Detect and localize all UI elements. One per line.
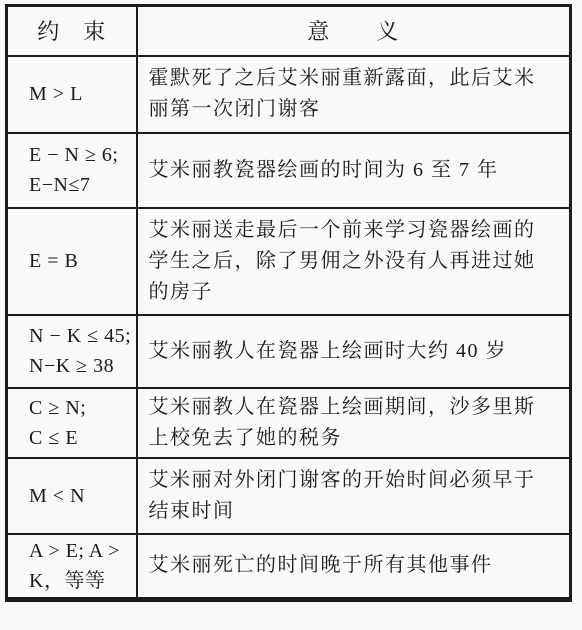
meaning-cell: 艾米丽送走最后一个前来学习瓷器绘画的 学生之后，除了男佣之外没有人再进过她 的房…	[137, 208, 571, 315]
meaning-cell: 艾米丽教人在瓷器上绘画时大约 40 岁	[137, 315, 571, 388]
constraint-cell: A > E; A > K，等等	[7, 534, 137, 600]
table-row: E − N ≥ 6; E−N≤7 艾米丽教瓷器绘画的时间为 6 至 7 年	[7, 133, 571, 208]
meaning-cell: 艾米丽对外闭门谢客的开始时间必须早于 结束时间	[137, 458, 571, 534]
constraint-cell: C ≥ N; C ≤ E	[7, 388, 137, 458]
meaning-cell: 艾米丽死亡的时间晚于所有其他事件	[137, 534, 571, 600]
meaning-column-header: 意 义	[137, 6, 571, 56]
table-row: E = B 艾米丽送走最后一个前来学习瓷器绘画的 学生之后，除了男佣之外没有人再…	[7, 208, 571, 315]
table-body: M > L 霍默死了之后艾米丽重新露面，此后艾米 丽第一次闭门谢客 E − N …	[7, 56, 571, 600]
constraint-cell: M < N	[7, 458, 137, 534]
scanned-document-page: 约 束 意 义 M > L 霍默死了之后艾米丽重新露面，此后艾米 丽第一次闭门谢…	[0, 0, 582, 630]
meaning-cell: 霍默死了之后艾米丽重新露面，此后艾米 丽第一次闭门谢客	[137, 56, 571, 133]
table-head: 约 束 意 义	[7, 6, 571, 56]
table-row: N − K ≤ 45; N−K ≥ 38 艾米丽教人在瓷器上绘画时大约 40 岁	[7, 315, 571, 388]
meaning-cell: 艾米丽教人在瓷器上绘画期间，沙多里斯 上校免去了她的税务	[137, 388, 571, 458]
meaning-cell: 艾米丽教瓷器绘画的时间为 6 至 7 年	[137, 133, 571, 208]
constraint-column-header: 约 束	[7, 6, 137, 56]
constraint-cell: N − K ≤ 45; N−K ≥ 38	[7, 315, 137, 388]
constraint-cell: M > L	[7, 56, 137, 133]
constraint-cell: E = B	[7, 208, 137, 315]
constraints-table: 约 束 意 义 M > L 霍默死了之后艾米丽重新露面，此后艾米 丽第一次闭门谢…	[5, 4, 572, 602]
table-row: M > L 霍默死了之后艾米丽重新露面，此后艾米 丽第一次闭门谢客	[7, 56, 571, 133]
table-header-row: 约 束 意 义	[7, 6, 571, 56]
constraint-cell: E − N ≥ 6; E−N≤7	[7, 133, 137, 208]
table-row: A > E; A > K，等等 艾米丽死亡的时间晚于所有其他事件	[7, 534, 571, 600]
table-row: M < N 艾米丽对外闭门谢客的开始时间必须早于 结束时间	[7, 458, 571, 534]
table-row: C ≥ N; C ≤ E 艾米丽教人在瓷器上绘画期间，沙多里斯 上校免去了她的税…	[7, 388, 571, 458]
